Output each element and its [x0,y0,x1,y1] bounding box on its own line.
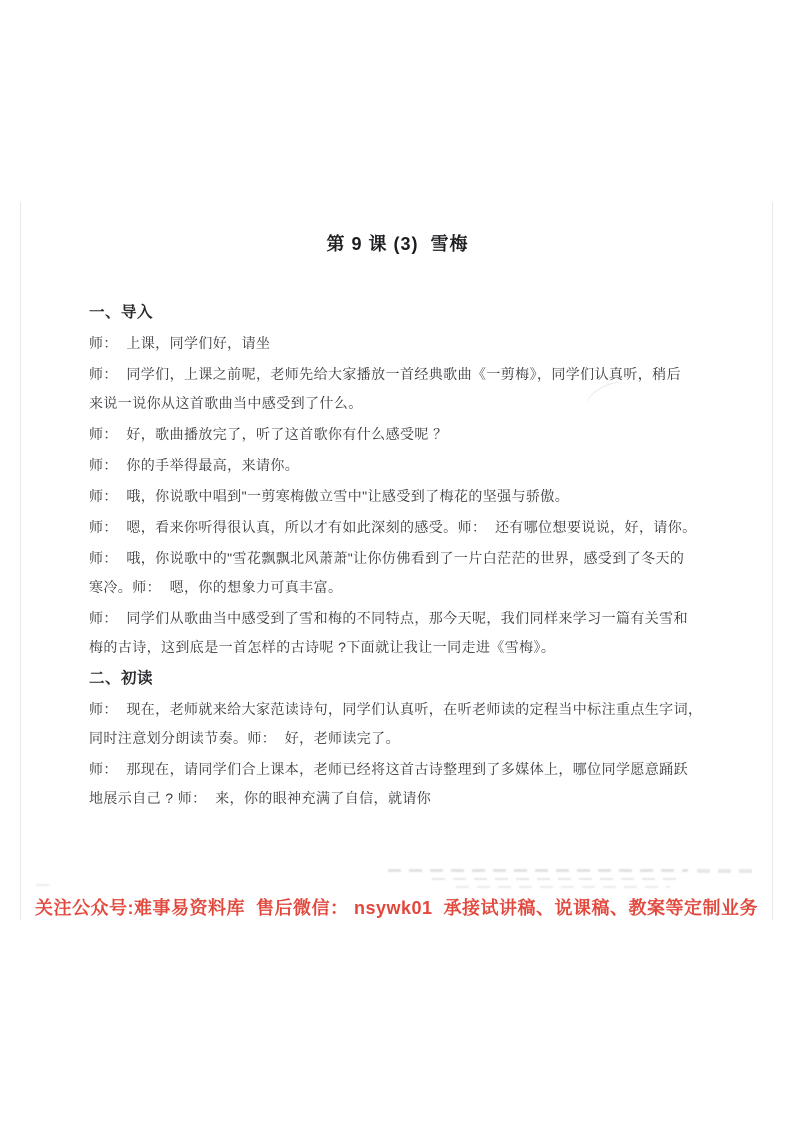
scanned-page: 第 9 课 (3) 雪梅 一、导入 师： 上课，同学们好，请坐 师： 同学们，上… [20,202,773,920]
dialogue-line: 地展示自己 ? 师： 来，你的眼神充满了自信，就请你 [89,784,706,813]
dialogue-line: 师： 嗯，看来你听得很认真，所以才有如此深刻的感受。师： 还有哪位想要说说，好，… [89,513,706,542]
dialogue-paragraph: 师： 同学们从歌曲当中感受到了雪和梅的不同特点，那今天呢，我们同样来学习一篇有关… [89,604,706,662]
document-canvas: 第 9 课 (3) 雪梅 一、导入 师： 上课，同学们好，请坐 师： 同学们，上… [0,0,793,1122]
dialogue-line: 师： 上课，同学们好，请坐 [89,329,706,358]
scan-smudge [388,869,688,872]
dialogue-paragraph: 师： 现在，老师就来给大家范读诗句，同学们认真听，在听老师读的定程当中标注重点生… [89,695,706,753]
dialogue-line: 师： 那现在，请同学们合上课本，老师已经将这首古诗整理到了多媒体上，哪位同学愿意… [89,755,706,784]
dialogue-paragraph: 师： 那现在，请同学们合上课本，老师已经将这首古诗整理到了多媒体上，哪位同学愿意… [89,755,706,813]
dialogue-paragraph: 师： 嗯，看来你听得很认真，所以才有如此深刻的感受。师： 还有哪位想要说说，好，… [89,513,706,542]
dialogue-line: 梅的古诗，这到底是一首怎样的古诗呢 ?下面就让我让一同走进《雪梅》。 [89,633,706,662]
scan-smudge [456,886,670,888]
dialogue-paragraph: 师： 哦，你说歌中唱到"一剪寒梅傲立雪中"让感受到了梅花的坚强与骄傲。 [89,482,706,511]
dialogue-line: 师： 哦，你说歌中唱到"一剪寒梅傲立雪中"让感受到了梅花的坚强与骄傲。 [89,482,706,511]
page-content: 第 9 课 (3) 雪梅 一、导入 师： 上课，同学们好，请坐 师： 同学们，上… [21,202,772,813]
dialogue-paragraph: 师： 好，歌曲播放完了，听了这首歌你有什么感受呢 ？ [89,420,706,449]
dialogue-line: 师： 现在，老师就来给大家范读诗句，同学们认真听，在听老师读的定程当中标注重点生… [89,695,706,724]
dialogue-paragraph: 师： 上课，同学们好，请坐 [89,329,706,358]
dialogue-line: 师： 哦，你说歌中的"雪花飘飘北风萧萧"让你仿佛看到了一片白茫茫的世界，感受到了… [89,544,706,573]
dialogue-paragraph: 师： 哦，你说歌中的"雪花飘飘北风萧萧"让你仿佛看到了一片白茫茫的世界，感受到了… [89,544,706,602]
dialogue-line: 师： 好，歌曲播放完了，听了这首歌你有什么感受呢 ？ [89,420,706,449]
dialogue-paragraph: 师： 你的手举得最高，来请你。 [89,451,706,480]
scan-smudge [432,878,684,880]
scan-smudge [697,869,759,873]
section-heading-intro: 一、导入 [89,298,706,327]
document-title: 第 9 课 (3) 雪梅 [89,231,706,257]
dialogue-line: 师： 同学们从歌曲当中感受到了雪和梅的不同特点，那今天呢，我们同样来学习一篇有关… [89,604,706,633]
scan-smudge [36,884,56,886]
watermark-banner: 关注公众号:难事易资料库 售后微信： nsywk01 承接试讲稿、说课稿、教案等… [0,889,793,925]
section-heading-first-reading: 二、初读 [89,664,706,693]
dialogue-line: 同时注意划分朗读节奏。师： 好，老师读完了。 [89,724,706,753]
dialogue-line: 寒冷。师： 嗯，你的想象力可真丰富。 [89,573,706,602]
banner-text: 关注公众号:难事易资料库 售后微信： nsywk01 承接试讲稿、说课稿、教案等… [35,894,758,920]
dialogue-line: 师： 你的手举得最高，来请你。 [89,451,706,480]
